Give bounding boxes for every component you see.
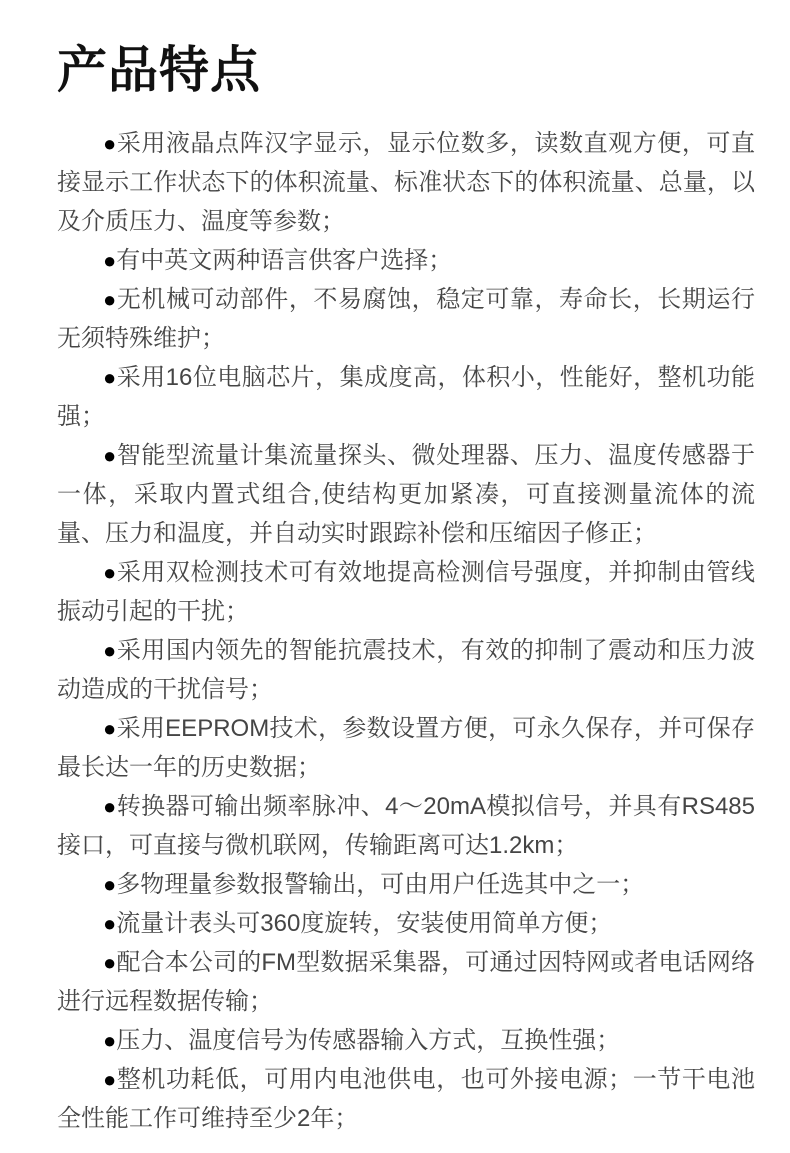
- feature-item: ●采用双检测技术可有效地提高检测信号强度，并抑制由管线振动引起的干扰；: [57, 553, 755, 631]
- bullet-icon: ●: [103, 638, 117, 663]
- bullet-icon: ●: [103, 794, 117, 819]
- feature-item: ●采用液晶点阵汉字显示，显示位数多，读数直观方便，可直接显示工作状态下的体积流量…: [57, 124, 755, 241]
- feature-list: ●采用液晶点阵汉字显示，显示位数多，读数直观方便，可直接显示工作状态下的体积流量…: [57, 124, 755, 1138]
- bullet-icon: ●: [103, 560, 117, 585]
- bullet-icon: ●: [103, 287, 117, 312]
- feature-item: ●无机械可动部件，不易腐蚀，稳定可靠，寿命长，长期运行无须特殊维护；: [57, 280, 755, 358]
- feature-text: 采用EEPROM技术，参数设置方便，可永久保存，并可保存最长达一年的历史数据；: [57, 715, 755, 781]
- feature-text: 压力、温度信号为传感器输入方式，互换性强；: [116, 1027, 620, 1054]
- bullet-icon: ●: [103, 716, 117, 741]
- feature-text: 采用16位电脑芯片，集成度高，体积小，性能好，整机功能强；: [57, 364, 755, 430]
- bullet-icon: ●: [103, 248, 116, 273]
- feature-item: ●整机功耗低，可用内电池供电，也可外接电源；一节干电池全性能工作可维持至少2年；: [57, 1060, 755, 1138]
- feature-item: ●转换器可输出频率脉冲、4～20mA模拟信号，并具有RS485接口，可直接与微机…: [57, 787, 755, 865]
- bullet-icon: ●: [103, 1028, 116, 1053]
- feature-text: 采用双检测技术可有效地提高检测信号强度，并抑制由管线振动引起的干扰；: [57, 559, 755, 625]
- bullet-icon: ●: [103, 443, 117, 468]
- feature-text: 整机功耗低，可用内电池供电，也可外接电源；一节干电池全性能工作可维持至少2年；: [57, 1066, 755, 1132]
- feature-item: ●有中英文两种语言供客户选择；: [57, 241, 755, 280]
- feature-item: ●采用EEPROM技术，参数设置方便，可永久保存，并可保存最长达一年的历史数据；: [57, 709, 755, 787]
- feature-item: ●压力、温度信号为传感器输入方式，互换性强；: [57, 1021, 755, 1060]
- feature-text: 多物理量参数报警输出，可由用户任选其中之一；: [116, 871, 644, 898]
- feature-text: 转换器可输出频率脉冲、4～20mA模拟信号，并具有RS485接口，可直接与微机联…: [57, 793, 755, 859]
- bullet-icon: ●: [103, 911, 116, 936]
- feature-text: 采用国内领先的智能抗震技术，有效的抑制了震动和压力波动造成的干扰信号；: [57, 637, 755, 703]
- feature-text: 配合本公司的FM型数据采集器，可通过因特网或者电话网络进行远程数据传输；: [57, 949, 755, 1015]
- bullet-icon: ●: [103, 1067, 117, 1092]
- feature-item: ●采用16位电脑芯片，集成度高，体积小，性能好，整机功能强；: [57, 358, 755, 436]
- bullet-icon: ●: [103, 872, 116, 897]
- feature-item: ●配合本公司的FM型数据采集器，可通过因特网或者电话网络进行远程数据传输；: [57, 943, 755, 1021]
- feature-text: 流量计表头可360度旋转，安装使用简单方便；: [116, 910, 612, 937]
- product-features-page: 产品特点 ●采用液晶点阵汉字显示，显示位数多，读数直观方便，可直接显示工作状态下…: [0, 0, 790, 1153]
- bullet-icon: ●: [103, 365, 117, 390]
- bullet-icon: ●: [103, 950, 116, 975]
- feature-item: ●流量计表头可360度旋转，安装使用简单方便；: [57, 904, 755, 943]
- feature-text: 采用液晶点阵汉字显示，显示位数多，读数直观方便，可直接显示工作状态下的体积流量、…: [57, 130, 755, 235]
- bullet-icon: ●: [103, 131, 117, 156]
- feature-item: ●智能型流量计集流量探头、微处理器、压力、温度传感器于一体，采取内置式组合,使结…: [57, 436, 755, 553]
- feature-text: 有中英文两种语言供客户选择；: [116, 247, 452, 274]
- feature-item: ●采用国内领先的智能抗震技术，有效的抑制了震动和压力波动造成的干扰信号；: [57, 631, 755, 709]
- page-title: 产品特点: [57, 42, 755, 98]
- feature-item: ●多物理量参数报警输出，可由用户任选其中之一；: [57, 865, 755, 904]
- feature-text: 无机械可动部件，不易腐蚀，稳定可靠，寿命长，长期运行无须特殊维护；: [57, 286, 755, 352]
- feature-text: 智能型流量计集流量探头、微处理器、压力、温度传感器于一体，采取内置式组合,使结构…: [57, 442, 755, 547]
